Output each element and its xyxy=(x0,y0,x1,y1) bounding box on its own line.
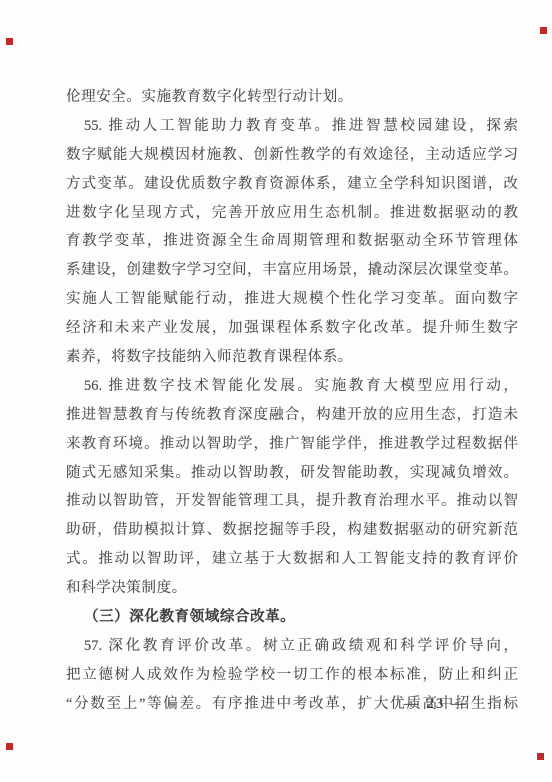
document-body: 伦理安全。实施教育数字化转型行动计划。 55. 推动人工智能助力教育变革。推进智… xyxy=(66,83,518,719)
corner-marker-top-left xyxy=(6,38,13,45)
corner-marker-top-right xyxy=(540,27,547,34)
item-57-first-line: 57. 深化教育评价改革。树立正确政绩观和科学评价导向， xyxy=(66,632,518,661)
text-line-9: 经济和未来产业发展，加强课程体系数字化改革。提升师生数字 xyxy=(66,314,518,343)
text-line-14: 随式无感知采集。推动以智助教，研发智能助教，实现减负增效。 xyxy=(66,459,518,488)
page-number: — 23 — xyxy=(404,695,469,713)
item-56-first-line: 56. 推进数字技术智能化发展。实施教育大模型应用行动， xyxy=(66,372,518,401)
text-line-21: 把立德树人成效作为检验学校一切工作的根本标准，防止和纠正 xyxy=(66,661,518,690)
text-line-3: 数字赋能大规模因材施教、创新性教学的有效途径，主动适应学习 xyxy=(66,141,518,170)
text-line-6: 育教学变革，推进资源全生命周期管理和数据驱动全环节管理体 xyxy=(66,227,518,256)
text-line-1: 伦理安全。实施教育数字化转型行动计划。 xyxy=(66,83,518,112)
item-55-first-line: 55. 推动人工智能助力教育变革。推进智慧校园建设，探索 xyxy=(66,112,518,141)
text-line-10: 素养，将数字技能纳入师范教育课程体系。 xyxy=(66,343,518,372)
section-3-heading: （三）深化教育领域综合改革。 xyxy=(66,603,518,632)
text-line-15: 推动以智助管，开发智能管理工具，提升教育治理水平。推动以智 xyxy=(66,487,518,516)
text-line-5: 进数字化呈现方式，完善开放应用生态机制。推进数据驱动的教 xyxy=(66,199,518,228)
text-line-4: 方式变革。建设优质数字教育资源体系，建立全学科知识图谱，改 xyxy=(66,170,518,199)
scanned-document-page: 伦理安全。实施教育数字化转型行动计划。 55. 推动人工智能助力教育变革。推进智… xyxy=(0,0,552,782)
text-line-7: 系建设，创建数字学习空间，丰富应用场景，撬动深层次课堂变革。 xyxy=(66,256,518,285)
corner-marker-bottom-left xyxy=(6,743,13,750)
text-line-13: 来教育环境。推动以智助学，推广智能学伴，推进教学过程数据伴 xyxy=(66,430,518,459)
text-line-17: 式。推动以智助评，建立基于大数据和人工智能支持的教育评价 xyxy=(66,545,518,574)
text-line-12: 推进智慧教育与传统教育深度融合，构建开放的应用生态，打造未 xyxy=(66,401,518,430)
corner-marker-bottom-right xyxy=(537,753,544,760)
text-line-8: 实施人工智能赋能行动，推进大规模个性化学习变革。面向数字 xyxy=(66,285,518,314)
text-line-18: 和科学决策制度。 xyxy=(66,574,518,603)
text-line-16: 助研，借助模拟计算、数据挖掘等手段，构建数据驱动的研究新范 xyxy=(66,516,518,545)
